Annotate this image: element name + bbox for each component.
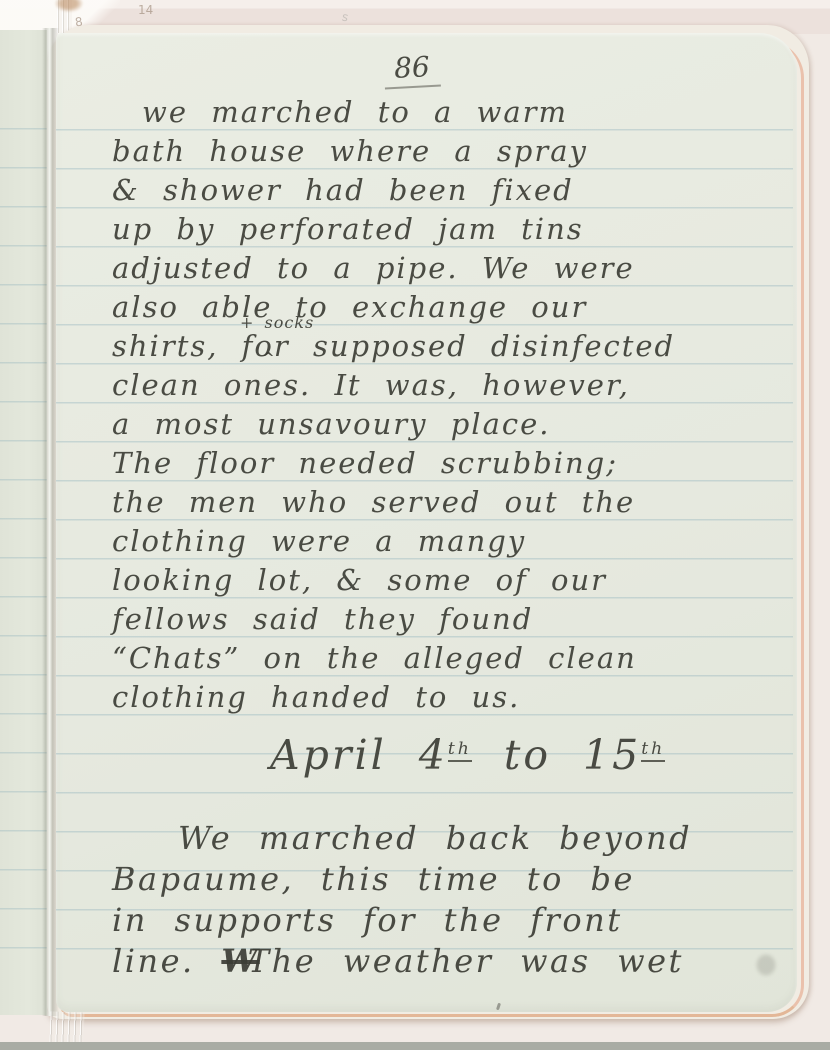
handwritten-line: fellows said they found <box>112 602 760 641</box>
text-segment: shirts, <box>112 329 218 363</box>
text-segment: line. <box>112 942 221 980</box>
text-segment: The weather was wet <box>248 942 684 980</box>
faint-pencil-mark: 14 <box>138 3 153 17</box>
ruled-lines <box>0 128 47 985</box>
diary-entry-2: We marched back beyond Bapaume, this tim… <box>112 819 772 983</box>
handwritten-line: clothing were a mangy <box>112 524 760 563</box>
handwritten-line: up by perforated jam tins <box>112 212 760 251</box>
previous-page-edge <box>0 30 47 1015</box>
handwritten-line: clothing handed to us. <box>112 680 760 719</box>
ink-smudge <box>755 953 777 977</box>
insertion-caret: ^ <box>262 349 277 367</box>
heading-text: April 4 <box>270 731 448 779</box>
ordinal-suffix: th <box>448 739 472 762</box>
notebook-page: 86 we marched to a warm bath house where… <box>56 33 797 1012</box>
handwritten-line: Bapaume, this time to be <box>112 860 772 901</box>
handwritten-line: a most unsavoury place. <box>112 407 760 446</box>
handwritten-line: also able to exchange our <box>112 290 760 329</box>
stacked-page-edges-bottom <box>49 1011 84 1043</box>
scan-bottom-strip <box>0 1042 830 1050</box>
handwritten-line: the men who served out the <box>112 485 760 524</box>
handwritten-line: in supports for the front <box>112 901 772 942</box>
diary-page-scan: 14 8 s 86 we marched to a warm bath hous… <box>0 0 830 1050</box>
handwritten-line: bath house where a spray <box>112 134 760 173</box>
date-heading: April 4th to 15th <box>112 731 830 779</box>
diary-entry-1: we marched to a warm bath house where a … <box>112 95 760 719</box>
text-segment: for supposed disinfected <box>218 329 675 363</box>
handwritten-line: adjusted to a pipe. We were <box>112 251 760 290</box>
handwritten-line: looking lot, & some of our <box>112 563 760 602</box>
page-number: 86 <box>383 50 441 90</box>
handwritten-line: we marched to a warm <box>112 95 760 134</box>
handwritten-line: “Chats” on the alleged clean <box>112 641 760 680</box>
handwritten-line: The floor needed scrubbing; <box>112 446 760 485</box>
handwritten-line: We marched back beyond <box>112 819 772 860</box>
handwritten-line-with-insertion: shirts,+ socks^ for supposed disinfected <box>112 329 760 368</box>
handwritten-line: & shower had been fixed <box>112 173 760 212</box>
inserted-word: + socks <box>240 313 314 332</box>
ordinal-suffix: th <box>641 739 665 762</box>
heading-text: to 15 <box>472 731 641 779</box>
handwritten-line: clean ones. It was, however, <box>112 368 760 407</box>
handwritten-line-with-strikethrough: line. WThe weather was wet <box>112 942 772 983</box>
